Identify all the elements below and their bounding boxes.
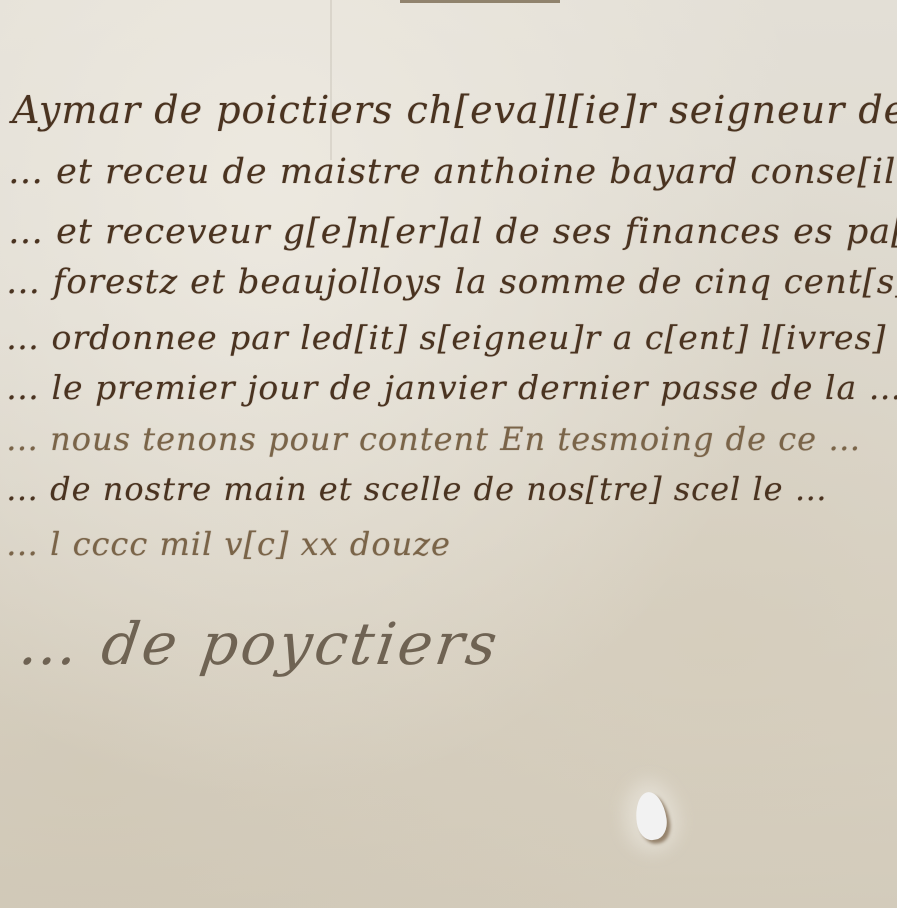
- text-line-4: … forestz et beaujolloys la somme de cin…: [6, 262, 897, 302]
- text-line-1: Aymar de poictiers ch[eva]l[ie]r seigneu…: [12, 88, 897, 132]
- text-line-9: … l cccc mil v[c] xx douze: [6, 525, 451, 563]
- manuscript-page: Aymar de poictiers ch[eva]l[ie]r seigneu…: [0, 0, 897, 908]
- parchment-hole: [633, 790, 669, 842]
- text-line-7: … nous tenons pour content En tesmoing d…: [6, 420, 861, 458]
- text-line-8: … de nostre main et scelle de nos[tre] s…: [6, 470, 828, 508]
- top-edge-stain: [400, 0, 560, 3]
- text-line-3: … et receveur g[e]n[er]al de ses finance…: [8, 212, 897, 252]
- text-line-5: … ordonnee par led[it] s[eigneu]r a c[en…: [6, 318, 897, 357]
- signature: … de poyctiers: [15, 610, 504, 678]
- text-line-6: … le premier jour de janvier dernier pas…: [6, 368, 897, 407]
- text-line-2: … et receu de maistre anthoine bayard co…: [8, 152, 897, 192]
- fold-crease: [330, 0, 332, 160]
